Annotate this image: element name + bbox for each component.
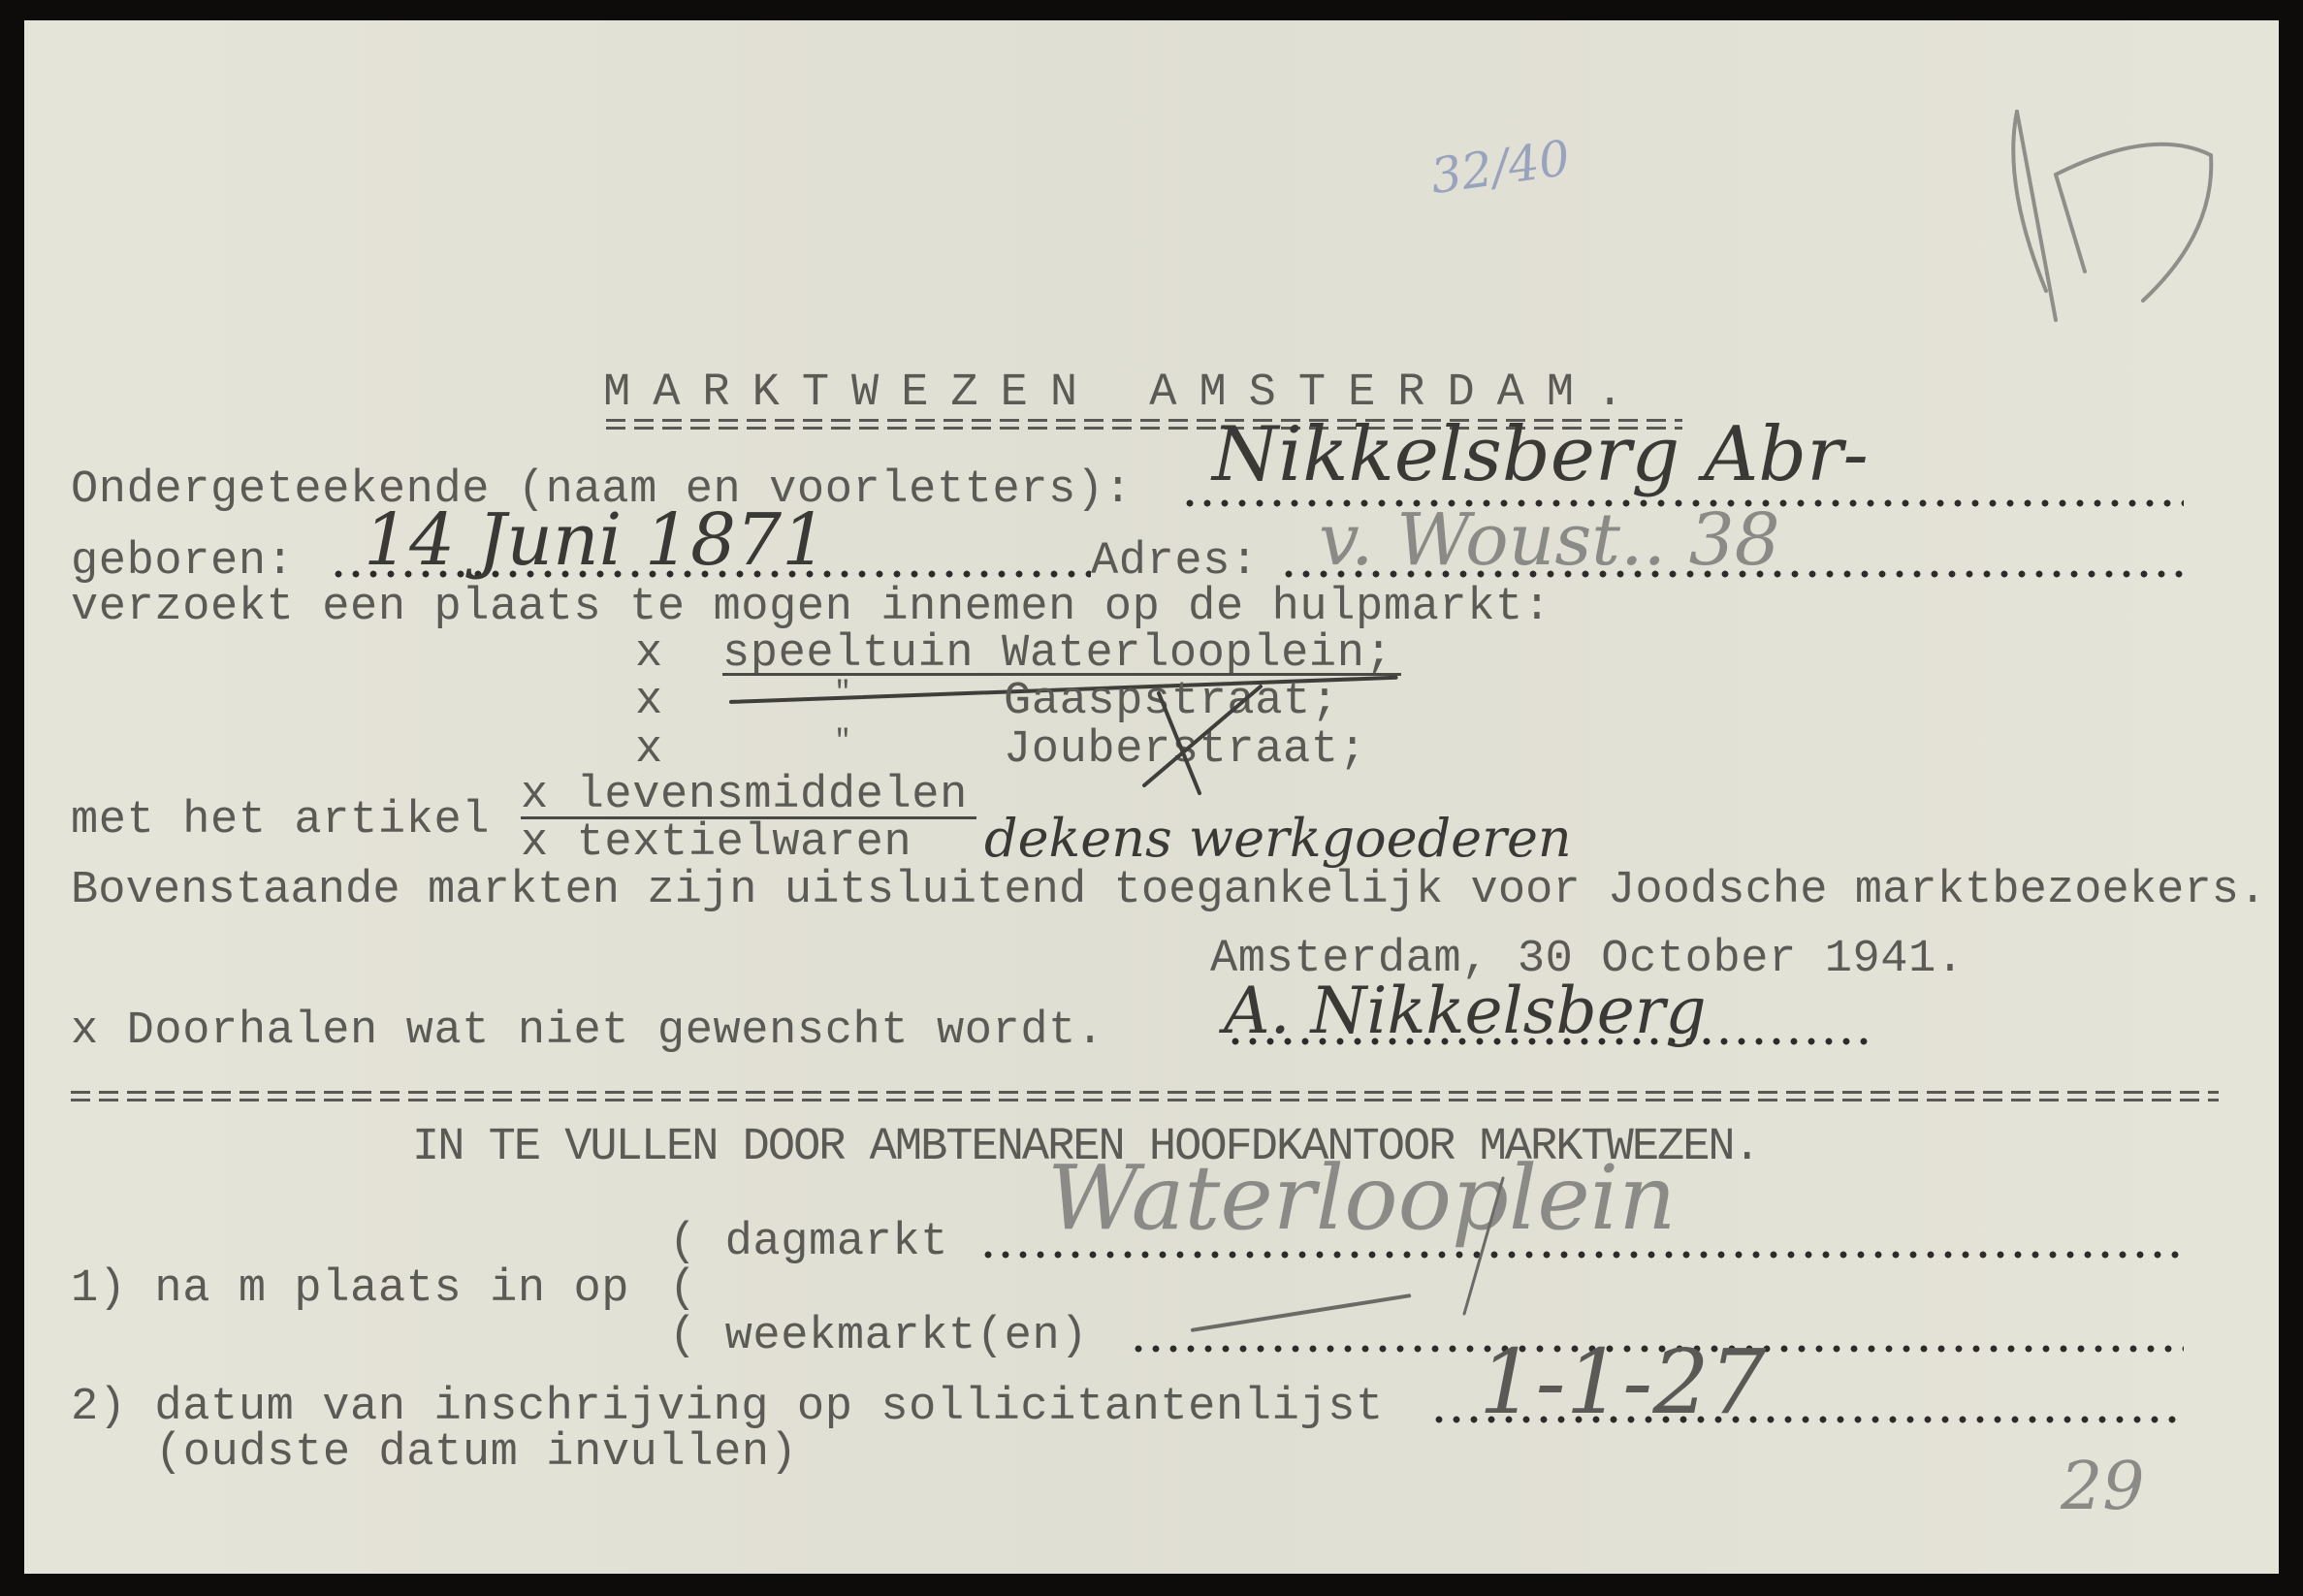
article-option-textile: x textielwaren [521, 820, 912, 866]
article-label: met het artikel [71, 798, 490, 844]
section-separator [71, 1091, 2219, 1102]
address-label: Adres: [1091, 539, 1259, 585]
dagmarkt-label: ( dagmarkt [669, 1220, 948, 1265]
page-title: MARKTWEZEN AMSTERDAM. [603, 370, 1646, 416]
born-value: 14 Juni 1871 [364, 504, 827, 576]
article-handwritten-note: dekens werkgoederen [984, 813, 1572, 865]
bottom-margin-number: 29 [2061, 1454, 2145, 1520]
article-option-food: x levensmiddelen [521, 773, 968, 818]
market-marker-3: x [635, 727, 663, 773]
strike-note: x Doorhalen wat niet gewenscht wordt. [71, 1008, 1104, 1054]
item2-value: 1-1-27 [1479, 1338, 1766, 1427]
pencil-stroke-icon [1445, 1173, 1522, 1319]
market-marker-1: x [635, 631, 663, 677]
born-label: geboren: [71, 539, 294, 585]
request-text: verzoekt een plaats te mogen innemen op … [71, 585, 1551, 630]
dagmarkt-value: Waterlooplein [1047, 1154, 1676, 1243]
item2-sub: (oudste datum invullen) [155, 1430, 798, 1476]
cross-out-mark-icon [1139, 679, 1265, 795]
notice-text: Bovenstaande markten zijn uitsluitend to… [71, 868, 2266, 913]
address-value: v. Woust.. 38 [1319, 504, 1780, 576]
market-label-1: speeltuin Waterlooplein; [722, 631, 1392, 677]
market-ditto-3: " [834, 727, 852, 756]
name-value: Nikkelsberg Abr- [1212, 417, 1869, 493]
dagmarkt-dotted-line [979, 1251, 2184, 1259]
item2-label: 2) datum van inschrijving op sollicitant… [71, 1385, 1384, 1430]
initials-mark-icon [1998, 97, 2230, 349]
market-ditto-2: " [834, 679, 852, 708]
brace-mid: ( [669, 1266, 697, 1312]
signature: A. Nikkelsberg [1224, 979, 1707, 1043]
market-marker-2: x [635, 679, 663, 724]
weekmarkt-label: ( weekmarkt(en) [669, 1314, 1088, 1359]
item1-label: 1) na m plaats in op [71, 1266, 629, 1312]
